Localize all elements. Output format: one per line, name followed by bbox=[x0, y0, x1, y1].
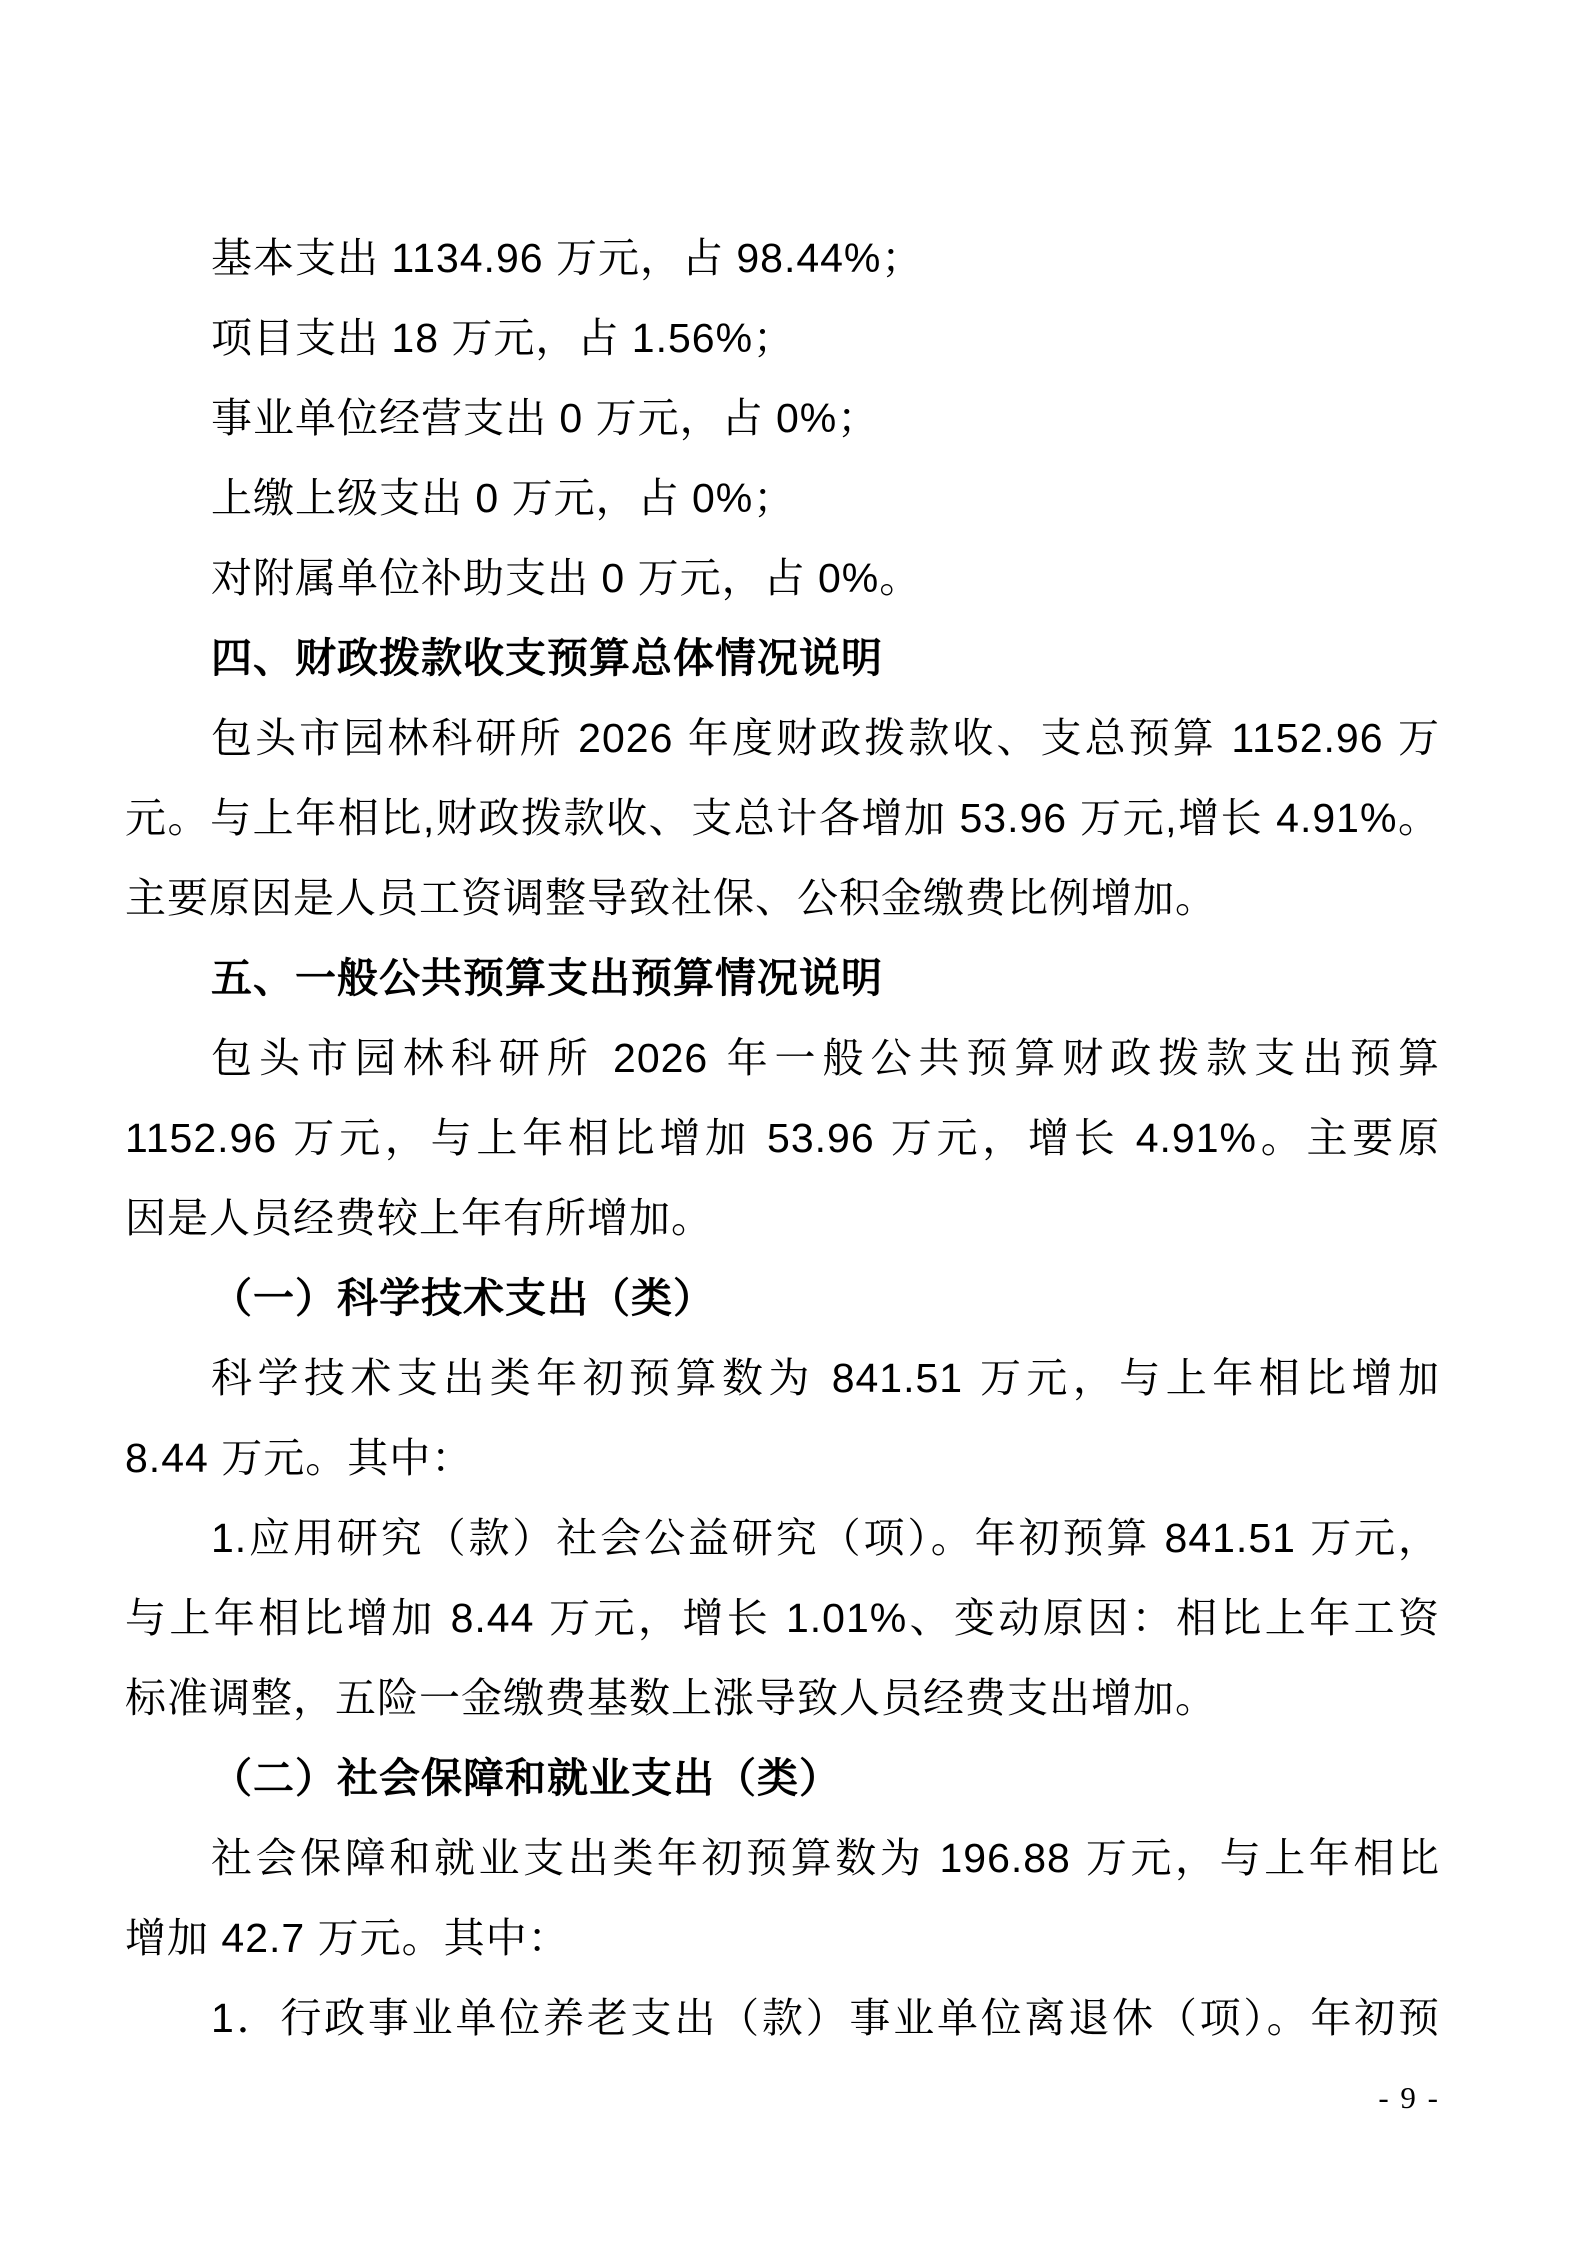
section-5-paragraph-line-2: 1152.96 万元，与上年相比增加 53.96 万元，增长 4.91%。主要原 bbox=[125, 1098, 1440, 1178]
page-number: - 9 - bbox=[125, 2080, 1440, 2116]
stat-line-operating-expenditure: 事业单位经营支出 0 万元，占 0%； bbox=[125, 378, 1440, 458]
subsection-1-item-line-3: 标准调整，五险一金缴费基数上涨导致人员经费支出增加。 bbox=[125, 1658, 1440, 1738]
subsection-1-paragraph-line-1: 科学技术支出类年初预算数为 841.51 万元，与上年相比增加 bbox=[125, 1338, 1440, 1418]
stat-line-basic-expenditure: 基本支出 1134.96 万元，占 98.44%； bbox=[125, 218, 1440, 298]
section-4-paragraph-line-3: 主要原因是人员工资调整导致社保、公积金缴费比例增加。 bbox=[125, 858, 1440, 938]
subsection-2-heading: （二）社会保障和就业支出（类） bbox=[125, 1738, 1440, 1818]
document-body: 基本支出 1134.96 万元，占 98.44%； 项目支出 18 万元，占 1… bbox=[125, 218, 1440, 2058]
subsection-1-heading: （一）科学技术支出（类） bbox=[125, 1258, 1440, 1338]
section-5-paragraph-line-3: 因是人员经费较上年有所增加。 bbox=[125, 1178, 1440, 1258]
document-page: 基本支出 1134.96 万元，占 98.44%； 项目支出 18 万元，占 1… bbox=[0, 0, 1588, 2245]
subsection-1-paragraph-line-2: 8.44 万元。其中： bbox=[125, 1418, 1440, 1498]
subsection-1-item-line-1: 1.应用研究（款）社会公益研究（项）。年初预算 841.51 万元， bbox=[125, 1498, 1440, 1578]
section-5-heading: 五、一般公共预算支出预算情况说明 bbox=[125, 938, 1440, 1018]
subsection-1-item-line-2: 与上年相比增加 8.44 万元，增长 1.01%、变动原因：相比上年工资 bbox=[125, 1578, 1440, 1658]
stat-line-project-expenditure: 项目支出 18 万元，占 1.56%； bbox=[125, 298, 1440, 378]
stat-line-upward-payment: 上缴上级支出 0 万元，占 0%； bbox=[125, 458, 1440, 538]
section-4-paragraph-line-1: 包头市园林科研所 2026 年度财政拨款收、支总预算 1152.96 万 bbox=[125, 698, 1440, 778]
subsection-2-paragraph-line-1: 社会保障和就业支出类年初预算数为 196.88 万元，与上年相比 bbox=[125, 1818, 1440, 1898]
section-4-paragraph-line-2: 元。与上年相比,财政拨款收、支总计各增加 53.96 万元,增长 4.91%。 bbox=[125, 778, 1440, 858]
subsection-2-paragraph-line-2: 增加 42.7 万元。其中： bbox=[125, 1898, 1440, 1978]
subsection-2-item-line-1: 1．行政事业单位养老支出（款）事业单位离退休（项）。年初预 bbox=[125, 1978, 1440, 2058]
stat-line-affiliate-subsidy: 对附属单位补助支出 0 万元，占 0%。 bbox=[125, 538, 1440, 618]
section-4-heading: 四、财政拨款收支预算总体情况说明 bbox=[125, 618, 1440, 698]
section-5-paragraph-line-1: 包头市园林科研所 2026 年一般公共预算财政拨款支出预算 bbox=[125, 1018, 1440, 1098]
